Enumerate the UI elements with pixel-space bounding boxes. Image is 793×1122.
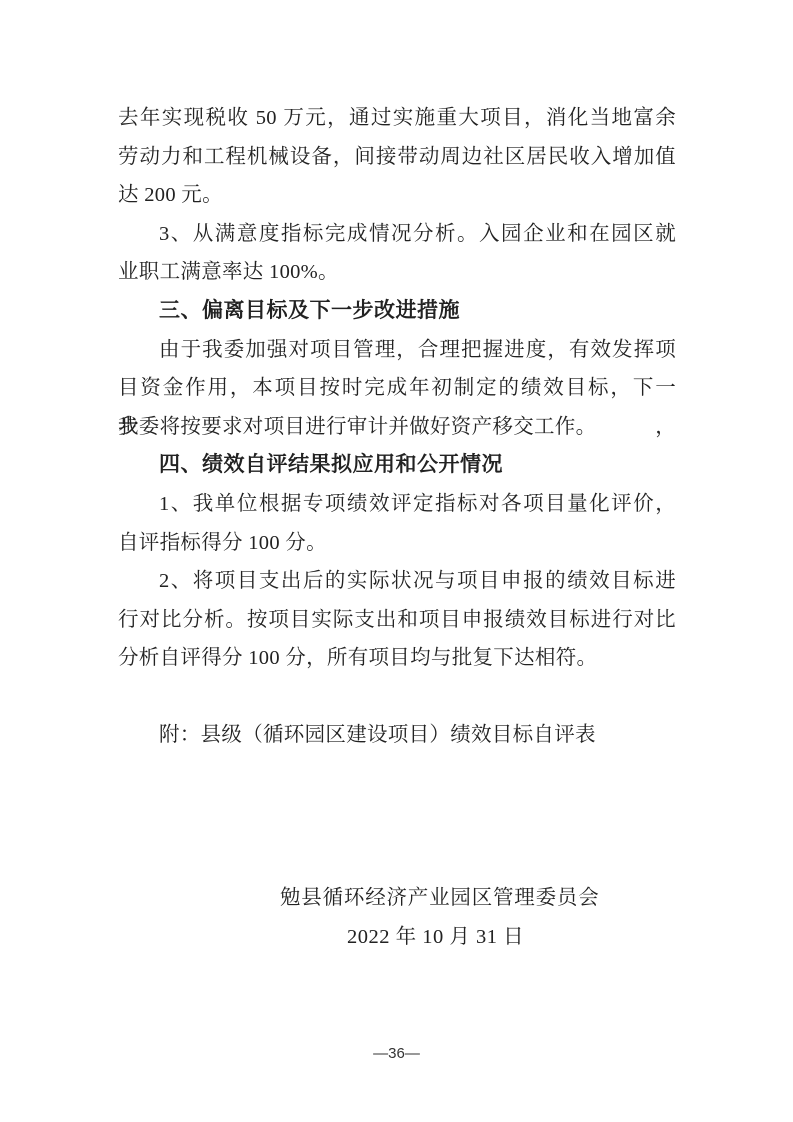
- paragraph-line: 行对比分析。按项目实际支出和项目申报绩效目标进行对比: [118, 601, 676, 640]
- document-body: 去年实现税收 50 万元，通过实施重大项目，消化当地富余 劳动力和工程机械设备，…: [118, 99, 676, 678]
- paragraph-line: 业职工满意率达 100%。: [118, 253, 676, 292]
- section-heading-3: 三、偏离目标及下一步改进措施: [118, 292, 676, 331]
- paragraph-line: 由于我委加强对项目管理，合理把握进度，有效发挥项: [118, 331, 676, 370]
- paragraph-line: 2、将项目支出后的实际状况与项目申报的绩效目标进: [118, 562, 676, 601]
- paragraph-line: 分析自评得分 100 分，所有项目均与批复下达相符。: [118, 639, 676, 678]
- section-heading-4: 四、绩效自评结果拟应用和公开情况: [118, 446, 676, 485]
- paragraph-line: 目资金作用，本项目按时完成年初制定的绩效目标，下一步，: [118, 369, 676, 408]
- paragraph-line: 达 200 元。: [118, 176, 676, 215]
- paragraph-line: 去年实现税收 50 万元，通过实施重大项目，消化当地富余: [118, 99, 676, 138]
- paragraph-line: 1、我单位根据专项绩效评定指标对各项目量化评价，: [118, 485, 676, 524]
- signature-date: 2022 年 10 月 31 日: [347, 918, 524, 957]
- signature-organization: 勉县循环经济产业园区管理委员会: [280, 879, 600, 918]
- paragraph-line: 自评指标得分 100 分。: [118, 524, 676, 563]
- paragraph-line: 劳动力和工程机械设备，间接带动周边社区居民收入增加值: [118, 138, 676, 177]
- attachment-note: 附：县级（循环园区建设项目）绩效目标自评表: [118, 716, 676, 755]
- document-page: 去年实现税收 50 万元，通过实施重大项目，消化当地富余 劳动力和工程机械设备，…: [0, 0, 793, 1122]
- page-number: —36—: [0, 1044, 793, 1064]
- paragraph-line: 我委将按要求对项目进行审计并做好资产移交工作。: [118, 408, 676, 447]
- paragraph-line: 3、从满意度指标完成情况分析。入园企业和在园区就: [118, 215, 676, 254]
